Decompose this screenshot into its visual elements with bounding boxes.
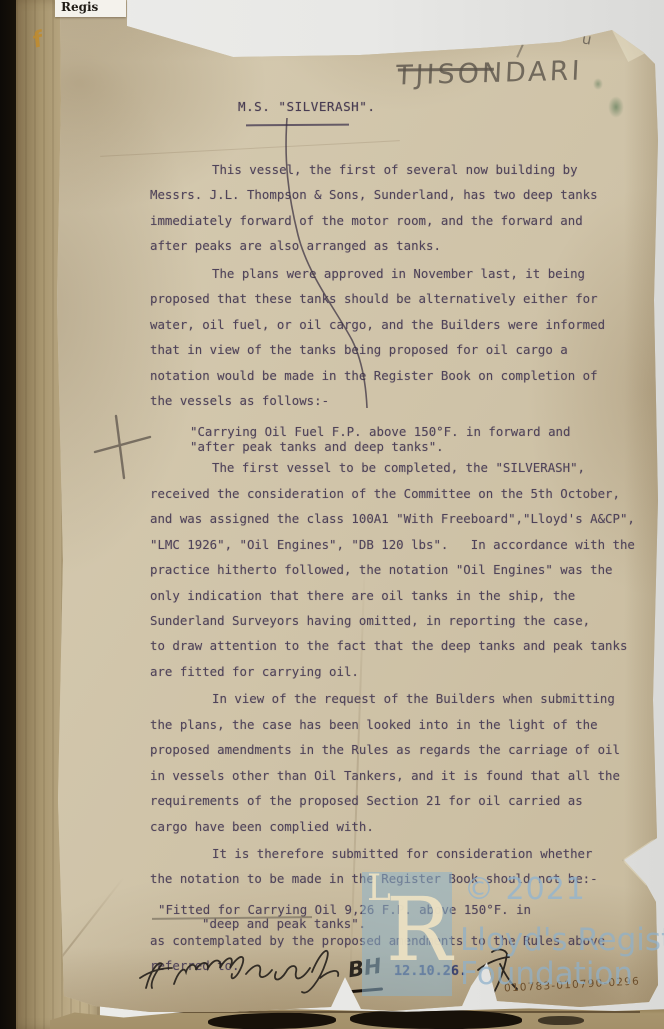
- watermark-copyright: © 2021: [464, 872, 586, 907]
- typed-line: proposed amendments in the Rules as rega…: [150, 742, 655, 767]
- typed-line: in vessels other than Oil Tankers, and i…: [150, 768, 655, 793]
- watermark-letter-r: R: [386, 886, 452, 974]
- watermark-org-line2: Foundation: [460, 956, 633, 992]
- typed-line: Messrs. J.L. Thompson & Sons, Sunderland…: [150, 187, 655, 212]
- typed-line: proposed that these tanks should be alte…: [150, 291, 655, 316]
- typed-line: immediately forward of the motor room, a…: [150, 213, 655, 238]
- typed-line: after peaks are also arranged as tanks.: [150, 238, 655, 263]
- corner-fold: [612, 30, 648, 62]
- typed-line: The plans were approved in November last…: [150, 266, 655, 291]
- page-title: M.S. "SILVERASH".: [238, 99, 375, 114]
- typed-line: only indication that there are oil tanks…: [150, 588, 655, 613]
- green-smudge: [593, 78, 603, 90]
- typed-line: the vessels as follows:-: [150, 393, 655, 418]
- pencil-check-mark: u: [409, 27, 421, 46]
- scanned-document: TJISONDARI u u M.S. "SILVERASH". This ve…: [0, 0, 664, 1029]
- typed-line: practice hitherto followed, the notation…: [150, 562, 655, 587]
- typed-line: received the consideration of the Commit…: [150, 486, 655, 511]
- typed-line: "after peak tanks and deep tanks".: [150, 439, 655, 454]
- pencil-cross-mark: [95, 416, 150, 478]
- typed-line: This vessel, the first of several now bu…: [150, 162, 655, 187]
- ink-blot: [208, 1012, 336, 1029]
- register-label: Regis: [55, 0, 126, 17]
- typed-line: cargo have been complied with.: [150, 819, 655, 844]
- title-underline: [246, 124, 349, 127]
- paper-crease: [100, 140, 400, 157]
- typed-line: and was assigned the class 100A1 "With F…: [150, 511, 655, 536]
- green-smudge: [608, 96, 624, 118]
- typed-line: water, oil fuel, or oil cargo, and the B…: [150, 317, 655, 342]
- typed-line: "Carrying Oil Fuel F.P. above 150°F. in …: [150, 424, 655, 439]
- handwritten-ship-name: TJISONDARI: [396, 56, 583, 92]
- typed-line: to draw attention to the fact that the d…: [150, 638, 655, 663]
- watermark-org-line1: Lloyd's Register: [460, 922, 664, 958]
- pencil-check-mark: u: [581, 29, 593, 48]
- typed-line: that in view of the tanks being proposed…: [150, 342, 655, 367]
- typed-lines: This vessel, the first of several now bu…: [150, 160, 655, 984]
- typed-line: are fitted for carrying oil.: [150, 664, 655, 689]
- watermark-lr-monogram: L R: [362, 872, 452, 996]
- typed-line: the plans, the case has been looked into…: [150, 717, 655, 742]
- ink-blot: [350, 1009, 522, 1029]
- ink-blot: [538, 1016, 584, 1025]
- typed-line: In view of the request of the Builders w…: [150, 691, 655, 716]
- typed-line: It is therefore submitted for considerat…: [150, 846, 655, 871]
- typed-line: requirements of the proposed Section 21 …: [150, 793, 655, 818]
- pencil-tick-mark: [516, 44, 524, 58]
- typed-line: "LMC 1926", "Oil Engines", "DB 120 lbs".…: [150, 537, 655, 562]
- typed-line: Sunderland Surveyors having omitted, in …: [150, 613, 655, 638]
- typed-line: notation would be made in the Register B…: [150, 368, 655, 393]
- typed-line: The first vessel to be completed, the "S…: [150, 460, 655, 485]
- orange-pencil-mark: f: [32, 27, 44, 54]
